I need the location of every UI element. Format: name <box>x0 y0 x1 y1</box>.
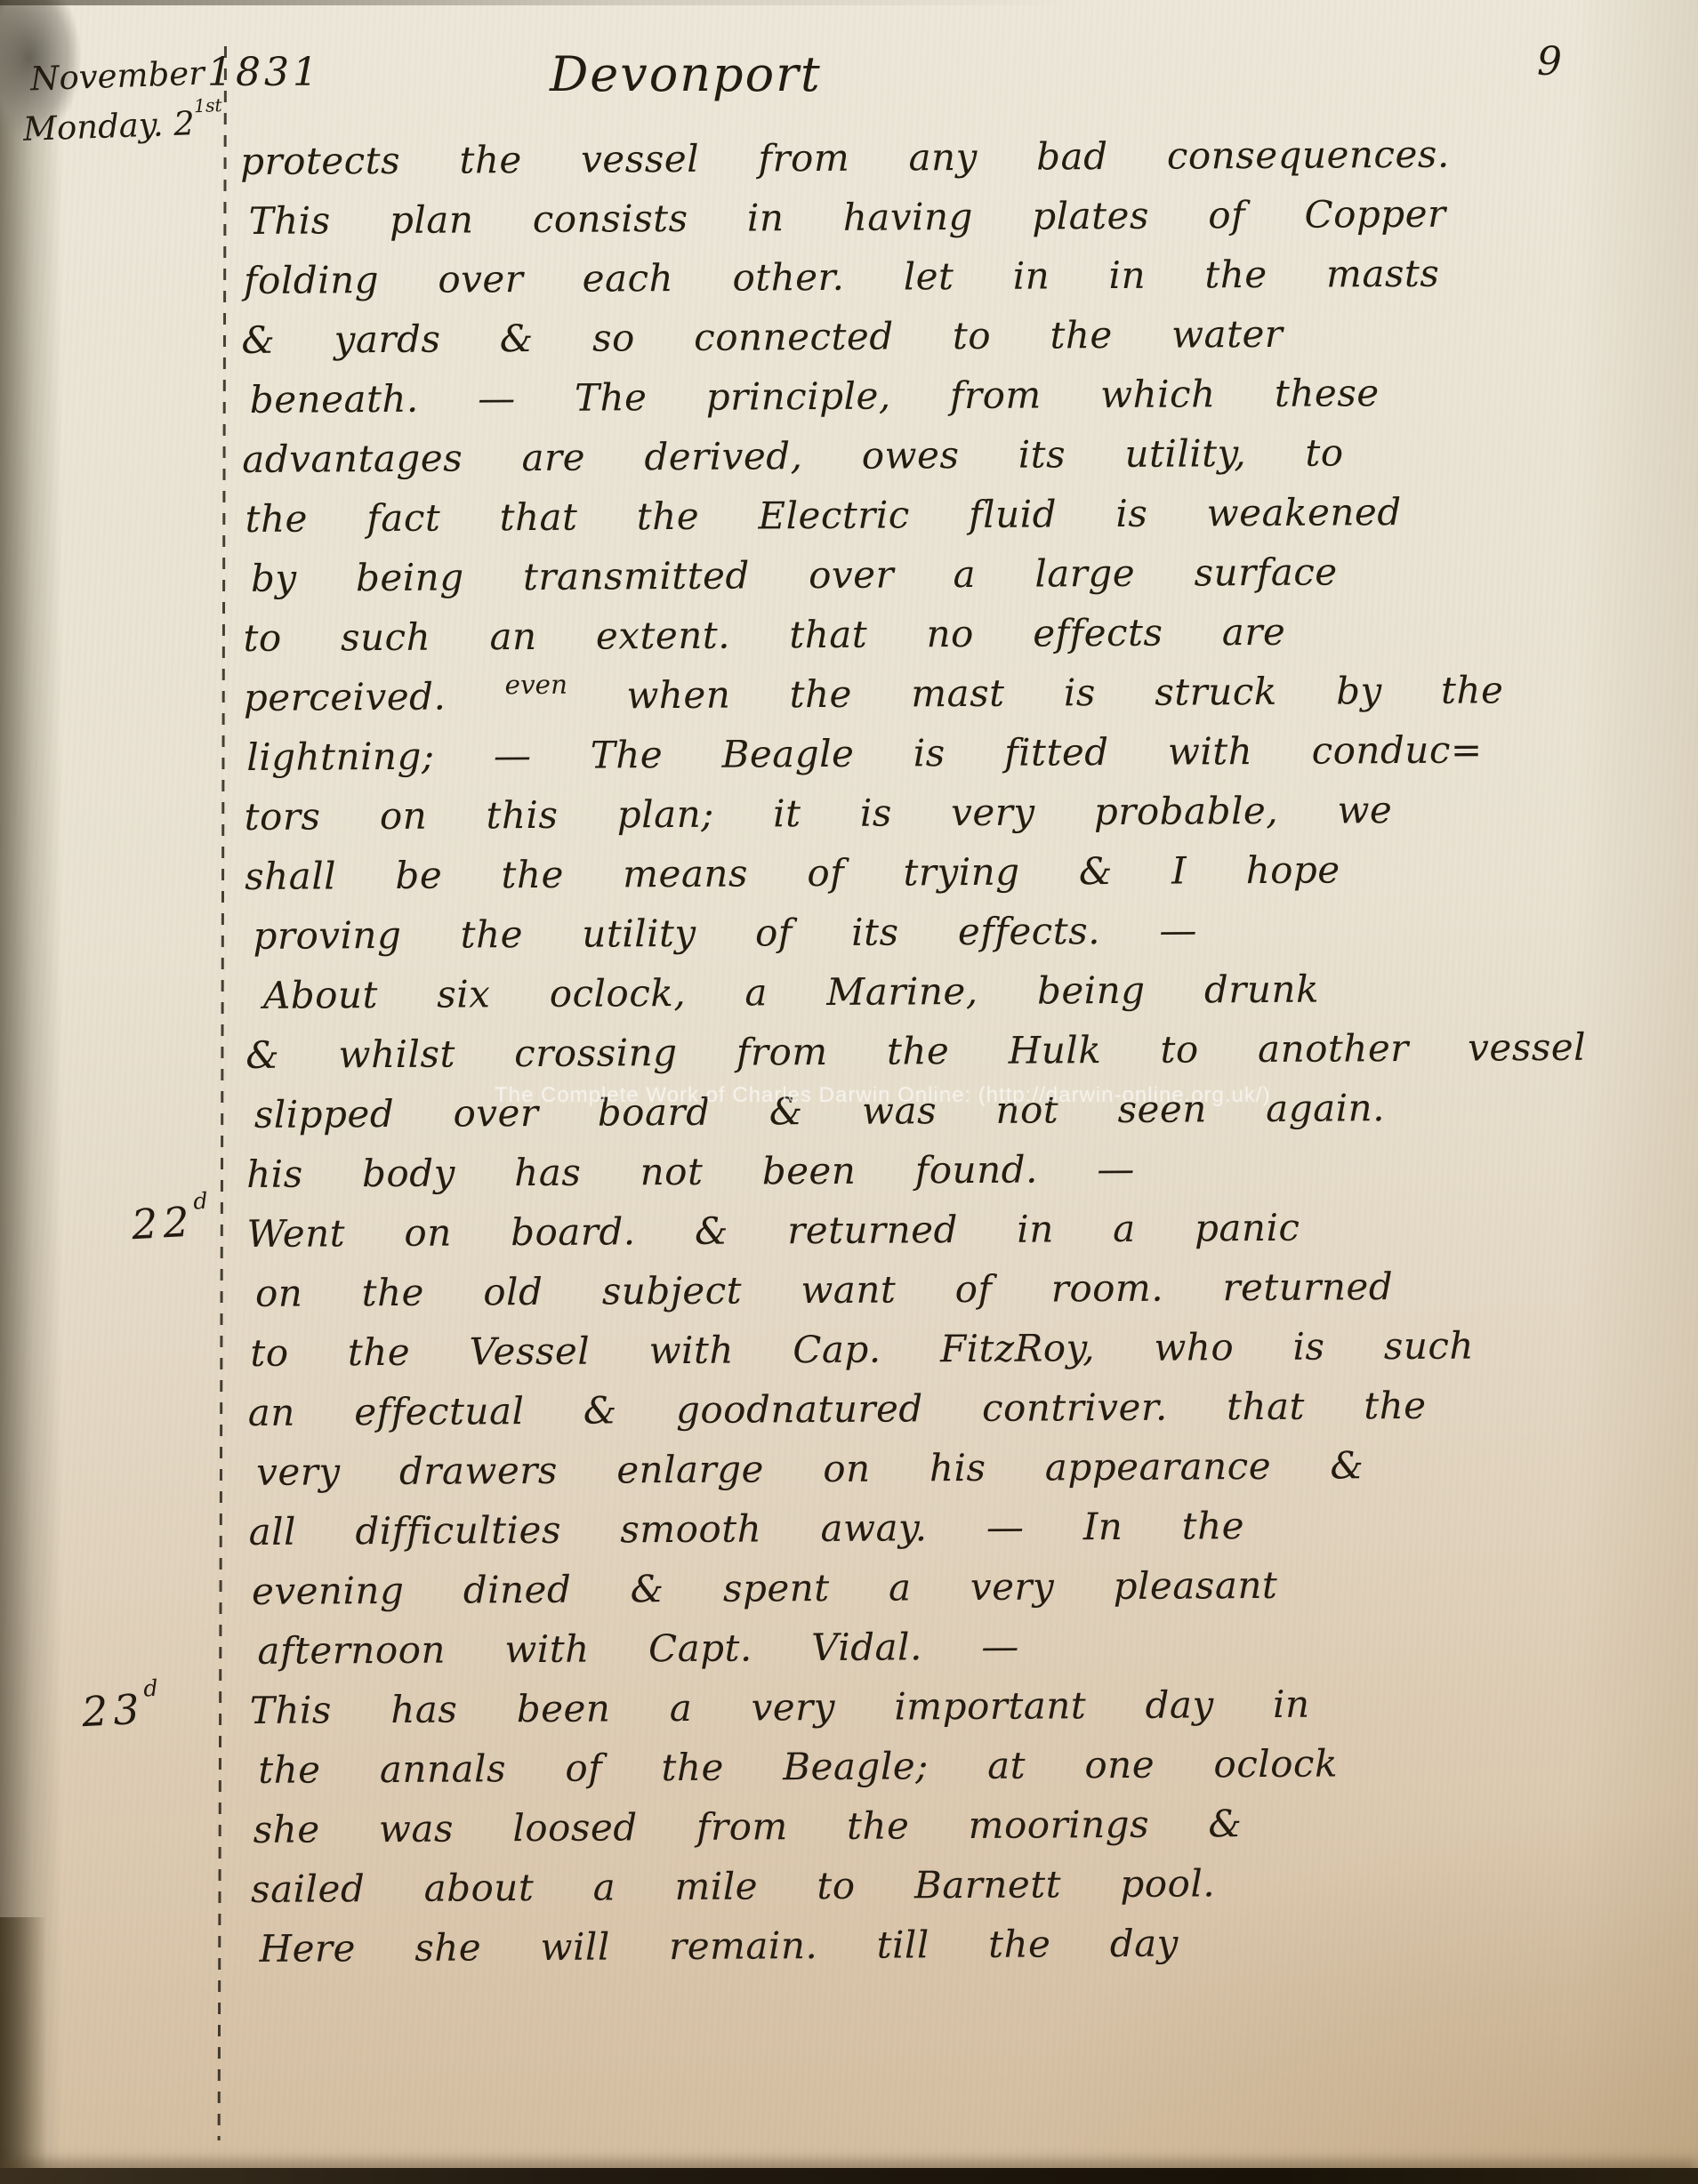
digitisation-watermark: The Complete Work of Charles Darwin Onli… <box>495 1083 1420 1108</box>
book-gutter-shadow <box>0 0 62 2184</box>
book-gutter-shadow-bottom <box>0 1917 46 2184</box>
journal-line: she was loosed from the moorings & <box>253 1791 1682 1859</box>
margin-month-label: November <box>29 54 205 99</box>
journal-line: his body has not been found. — <box>246 1136 1678 1204</box>
journal-line: proving the utility of its effects. — <box>253 897 1677 966</box>
journal-entry: Went on board. & returned in a panicon t… <box>246 1195 1681 1681</box>
journal-entry: protects the vessel from any bad consequ… <box>240 123 1678 1204</box>
day-ordinal: d <box>193 1188 209 1215</box>
journal-line: advantages are derived, owes its utility… <box>242 421 1674 489</box>
journal-line: sailed about a mile to Barnett pool. <box>251 1851 1683 1919</box>
journal-line: shall be the means of trying & I hope <box>245 838 1677 906</box>
place-heading: Devonport <box>550 46 822 102</box>
margin-day-22-label: 22d <box>131 1197 210 1249</box>
day-number: 22 <box>131 1198 196 1249</box>
journal-line: very drawers enlarge on his appearance & <box>256 1433 1680 1502</box>
inserted-word: even <box>504 655 567 715</box>
journal-line: folding over each other. let in in the m… <box>244 242 1673 310</box>
book-bottom-edge <box>0 2168 1698 2184</box>
journal-line: to the Vessel with Cap. FitzRoy, who is … <box>250 1314 1679 1383</box>
journal-entry: This has been a very important day inthe… <box>250 1672 1684 1979</box>
line-text: perceived. <box>244 674 505 719</box>
journal-line: This plan consists in having plates of C… <box>248 182 1672 251</box>
journal-line: tors on this plan; it is very probable, … <box>245 778 1677 847</box>
journal-line: all difficulties smooth away. — In the <box>248 1493 1680 1562</box>
weekday-text: Monday. 2 <box>22 104 195 149</box>
journal-line: perceived. even when the mast is struck … <box>244 659 1676 727</box>
journal-line: Went on board. & returned in a panic <box>246 1195 1678 1264</box>
journal-line: the fact that the Electric fluid is weak… <box>245 480 1674 549</box>
margin-day-23-label: 23d <box>81 1684 160 1736</box>
line-text: when the mast is struck by the <box>567 668 1504 717</box>
journal-page-scan: November Monday. 21st 22d 23d 1831 Devon… <box>0 0 1698 2184</box>
journal-line: on the old subject want of room. returne… <box>255 1255 1679 1323</box>
margin-dashed-rule <box>218 46 227 2140</box>
journal-line: to such an extent. that no effects are <box>243 599 1675 668</box>
margin-weekday-label: Monday. 21st <box>22 103 223 149</box>
journal-line: Here she will remain. till the day <box>259 1910 1683 1979</box>
journal-line: This has been a very important day in <box>250 1672 1682 1740</box>
journal-line: by being transmitted over a large surfac… <box>251 540 1675 608</box>
journal-line: & yards & so connected to the water <box>241 301 1673 370</box>
journal-line: About six oclock, a Marine, being drunk <box>263 957 1678 1025</box>
journal-line: beneath. — The principle, from which the… <box>250 361 1674 430</box>
journal-line: & whilst crossing from the Hulk to anoth… <box>245 1016 1678 1085</box>
page-top-edge-shadow <box>0 0 1067 5</box>
weekday-ordinal: 1st <box>194 95 222 117</box>
journal-line: evening dined & spent a very pleasant <box>252 1553 1681 1621</box>
journal-line: the annals of the Beagle; at one oclock <box>258 1731 1682 1800</box>
page-number: 9 <box>1537 39 1562 84</box>
day-ordinal: d <box>143 1675 159 1702</box>
year-heading: 1831 <box>207 50 321 95</box>
journal-line: lightning; — The Beagle is fitted with c… <box>246 719 1676 787</box>
day-number: 23 <box>81 1685 146 1737</box>
journal-text-column: protects the vessel from any bad consequ… <box>240 123 1684 1979</box>
journal-line: an effectual & goodnatured contriver. th… <box>248 1374 1680 1442</box>
journal-line: protects the vessel from any bad consequ… <box>240 123 1672 191</box>
journal-line: afternoon with Capt. Vidal. — <box>257 1612 1681 1681</box>
